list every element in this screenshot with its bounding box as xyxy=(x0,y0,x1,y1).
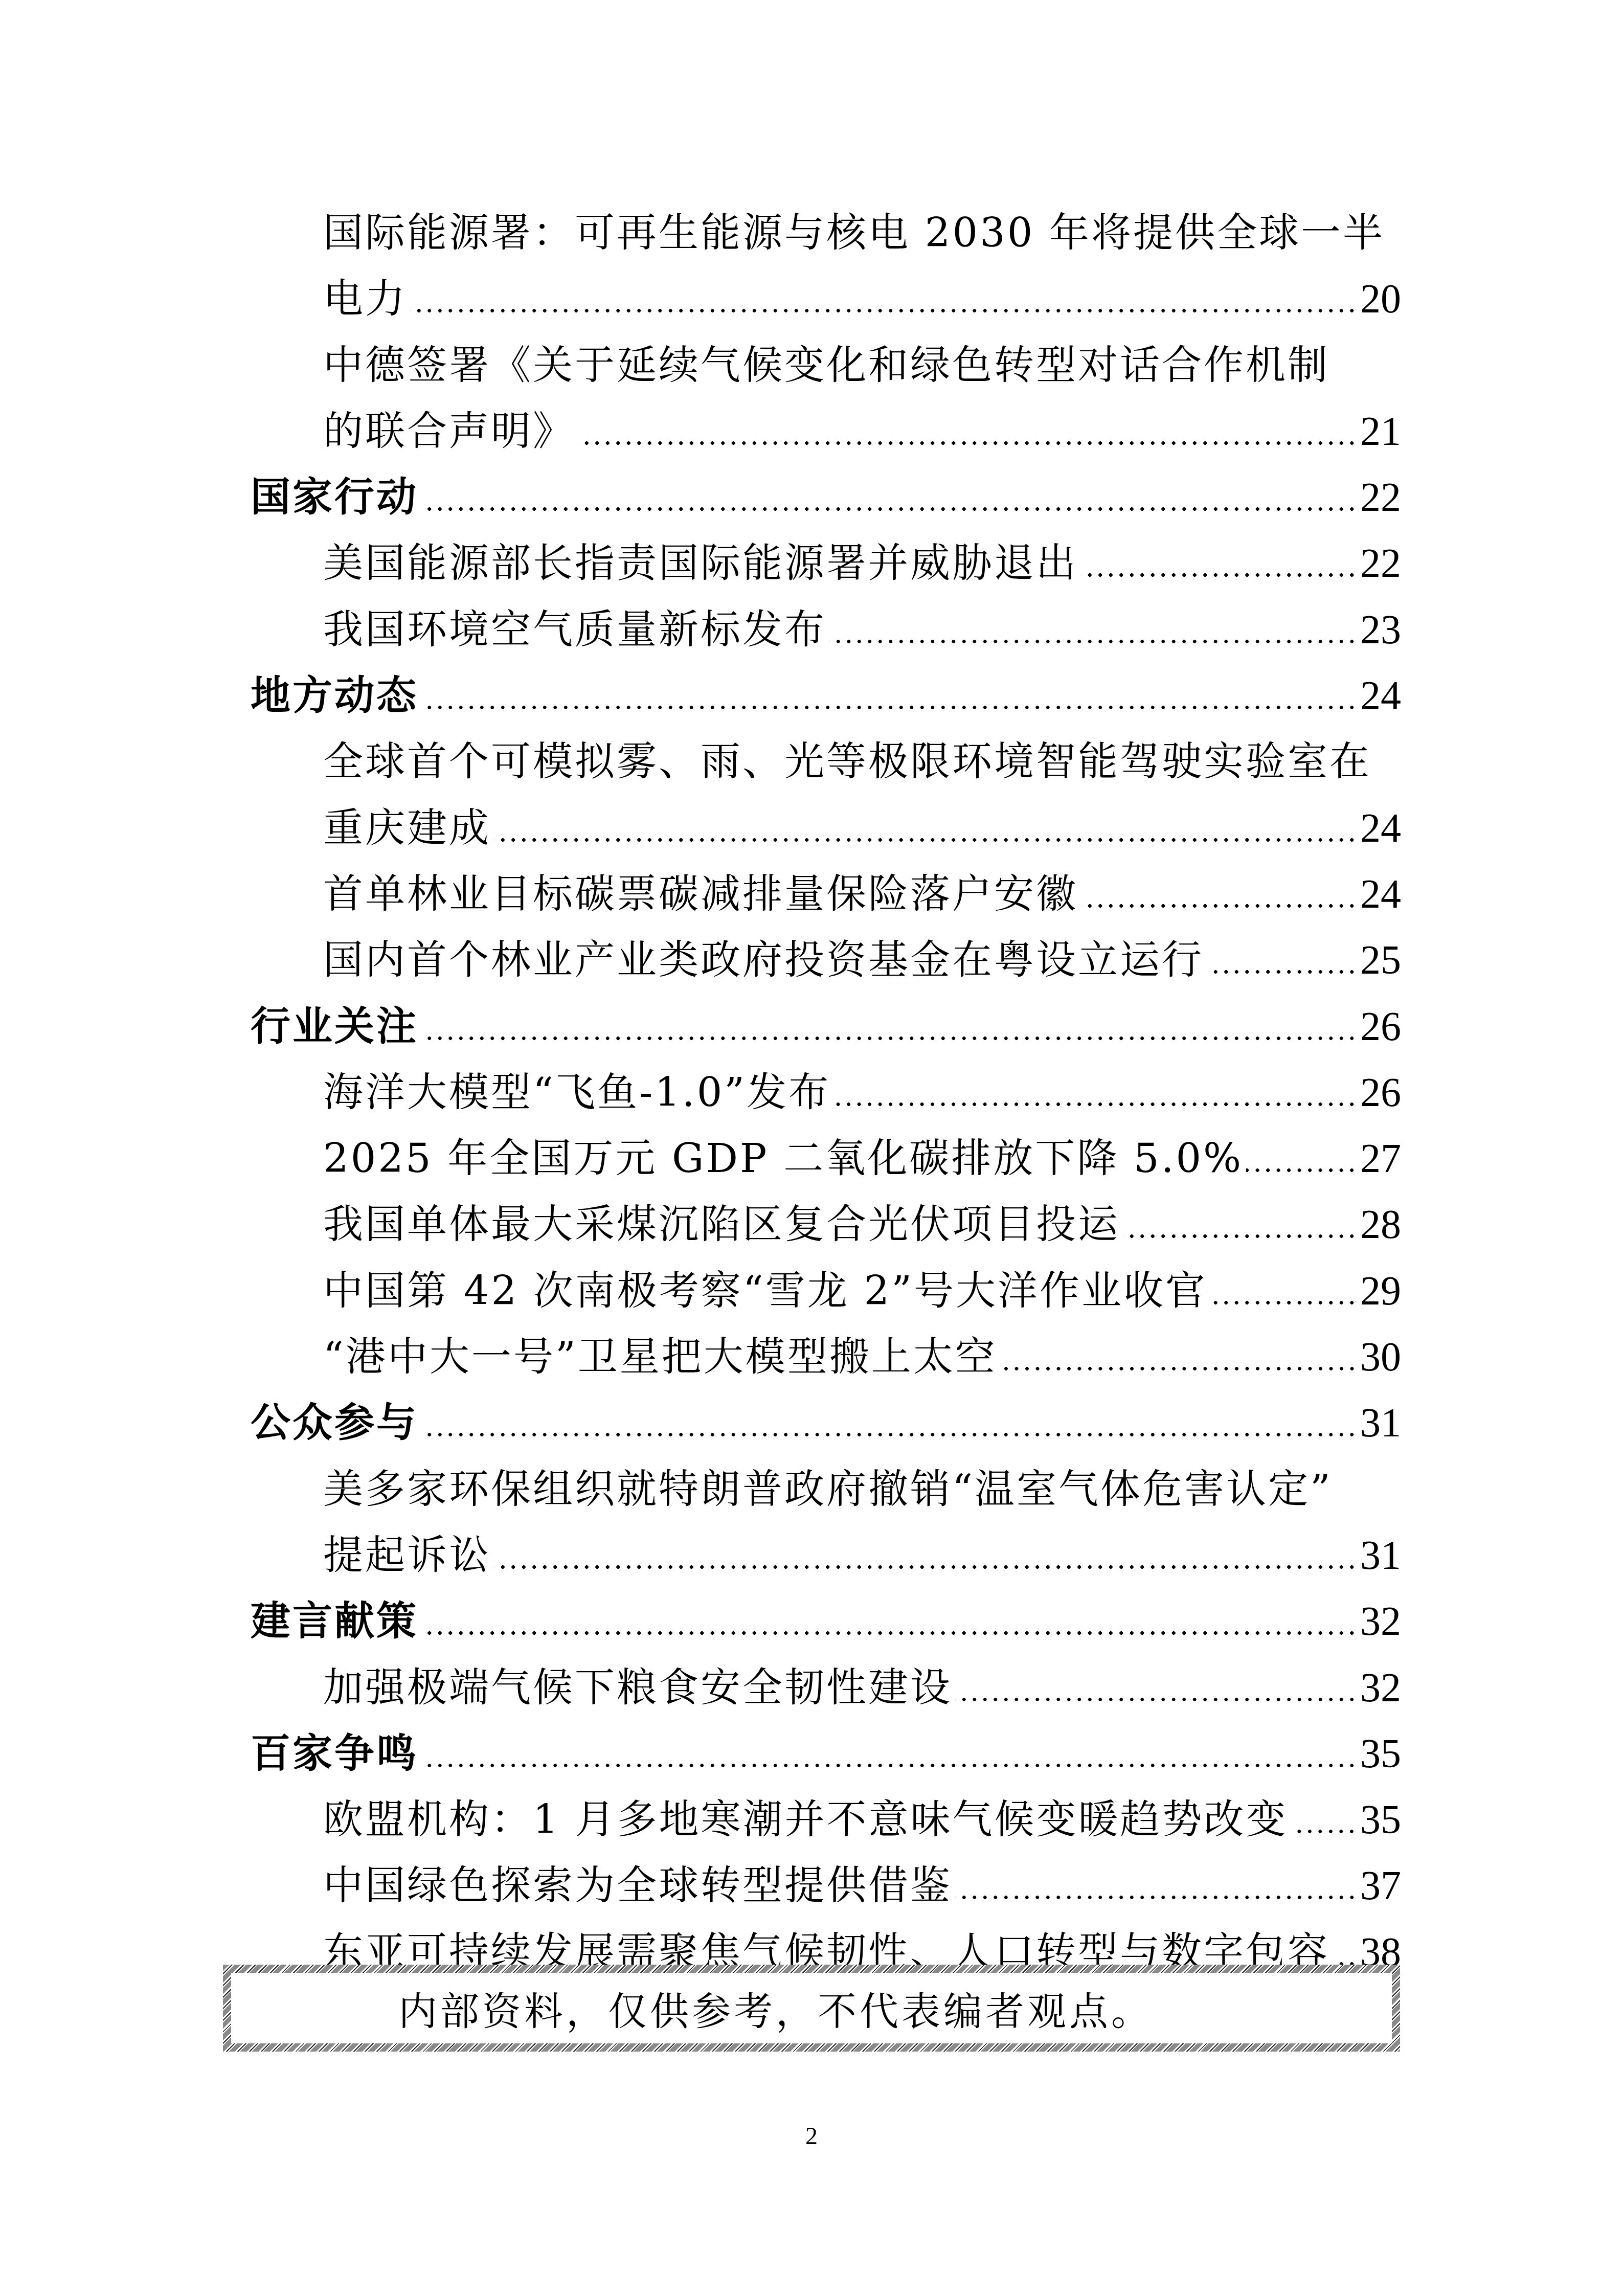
disclaimer-box: 内部资料，仅供参考，不代表编者观点。 xyxy=(223,1965,1400,2052)
toc-entry[interactable]: 美国能源部长指责国际能源署并威胁退出 22 xyxy=(251,531,1401,597)
toc-entry[interactable]: “港中大一号”卫星把大模型搬上太空 30 xyxy=(251,1324,1401,1390)
toc-section-heading[interactable]: 百家争鸣 35 xyxy=(251,1721,1401,1787)
dot-leader xyxy=(955,1696,1357,1701)
toc-entry-title: 美多家环保组织就特朗普政府撤销“温室气体危害认定” xyxy=(323,1457,1333,1523)
dot-leader xyxy=(421,1431,1357,1436)
toc-entry-title: 国内首个林业产业类政府投资基金在粤设立运行 xyxy=(323,928,1204,994)
toc-entry-title: 首单林业目标碳票碳减排量保险落户安徽 xyxy=(323,862,1078,928)
toc-section-title: 国家行动 xyxy=(251,465,418,531)
toc-page-number: 23 xyxy=(1360,597,1401,663)
toc-entry[interactable]: 欧盟机构：1 月多地寒潮并不意味气候变暖趋势改变 35 xyxy=(251,1787,1401,1853)
toc-page-number: 27 xyxy=(1360,1126,1401,1192)
dot-leader xyxy=(578,440,1357,445)
toc-entry[interactable]: 美多家环保组织就特朗普政府撤销“温室气体危害认定” xyxy=(251,1457,1401,1523)
toc-page-number: 22 xyxy=(1360,531,1401,597)
toc-entry[interactable]: 国内首个林业产业类政府投资基金在粤设立运行 25 xyxy=(251,928,1401,994)
toc-section-heading[interactable]: 公众参与 31 xyxy=(251,1390,1401,1456)
dot-leader xyxy=(1081,903,1357,908)
dot-leader xyxy=(833,1101,1357,1106)
toc-entry-title: 美国能源部长指责国际能源署并威胁退出 xyxy=(323,531,1078,597)
toc-page-number: 32 xyxy=(1360,1655,1401,1721)
toc-page-number: 28 xyxy=(1360,1192,1401,1258)
dot-leader xyxy=(410,307,1357,312)
toc-entry[interactable]: 中国绿色探索为全球转型提供借鉴 37 xyxy=(251,1853,1401,1919)
toc-page-number: 30 xyxy=(1360,1324,1401,1390)
toc-entry-title: 电力 xyxy=(323,266,407,332)
table-of-contents: 国际能源署：可再生能源与核电 2030 年将提供全球一半 电力 20 中德签署《… xyxy=(251,200,1401,1986)
dot-leader xyxy=(421,506,1357,511)
toc-entry-title: 海洋大模型“飞鱼-1.0”发布 xyxy=(323,1060,830,1126)
page-number: 2 xyxy=(0,2122,1623,2150)
toc-entry[interactable]: 全球首个可模拟雾、雨、光等极限环境智能驾驶实验室在 xyxy=(251,729,1401,795)
disclaimer-text: 内部资料，仅供参考，不代表编者观点。 xyxy=(398,1980,1153,2036)
toc-entry[interactable]: 海洋大模型“飞鱼-1.0”发布 26 xyxy=(251,1060,1401,1126)
toc-page-number: 25 xyxy=(1360,928,1401,994)
dot-leader xyxy=(421,704,1357,709)
toc-entry-title: 欧盟机构：1 月多地寒潮并不意味气候变暖趋势改变 xyxy=(323,1787,1288,1853)
toc-section-heading[interactable]: 建言献策 32 xyxy=(251,1589,1401,1655)
toc-page-number: 26 xyxy=(1360,1060,1401,1126)
dot-leader xyxy=(1291,1828,1357,1833)
toc-entry-title: 2025 年全国万元 GDP 二氧化碳排放下降 5.0% xyxy=(323,1126,1243,1192)
dot-leader xyxy=(1081,572,1357,577)
toc-entry-title: 加强极端气候下粮食安全韧性建设 xyxy=(323,1655,952,1721)
dot-leader xyxy=(494,1564,1357,1569)
dot-leader xyxy=(1246,1167,1357,1172)
toc-entry[interactable]: 中德签署《关于延续气候变化和绿色转型对话合作机制 xyxy=(251,333,1401,399)
toc-entry-title: “港中大一号”卫星把大模型搬上太空 xyxy=(323,1324,997,1390)
toc-entry-title: 我国单体最大采煤沉陷区复合光伏项目投运 xyxy=(323,1192,1120,1258)
toc-entry[interactable]: 2025 年全国万元 GDP 二氧化碳排放下降 5.0% 27 xyxy=(251,1126,1401,1192)
toc-entry-continuation[interactable]: 重庆建成 24 xyxy=(251,796,1401,862)
toc-entry[interactable]: 中国第 42 次南极考察“雪龙 2”号大洋作业收官 29 xyxy=(251,1258,1401,1324)
toc-page-number: 35 xyxy=(1360,1721,1401,1787)
toc-entry[interactable]: 国际能源署：可再生能源与核电 2030 年将提供全球一半 xyxy=(251,200,1401,266)
toc-page-number: 32 xyxy=(1360,1589,1401,1655)
toc-entry-title: 中国第 42 次南极考察“雪龙 2”号大洋作业收官 xyxy=(323,1258,1207,1324)
toc-page-number: 22 xyxy=(1360,465,1401,531)
toc-section-heading[interactable]: 国家行动 22 xyxy=(251,465,1401,531)
toc-entry[interactable]: 我国单体最大采煤沉陷区复合光伏项目投运 28 xyxy=(251,1192,1401,1258)
dot-leader xyxy=(829,638,1357,643)
toc-page-number: 24 xyxy=(1360,862,1401,928)
toc-section-title: 百家争鸣 xyxy=(251,1721,418,1787)
toc-section-title: 公众参与 xyxy=(251,1390,418,1456)
dot-leader xyxy=(494,837,1357,842)
toc-entry-continuation[interactable]: 提起诉讼 31 xyxy=(251,1523,1401,1589)
toc-section-title: 地方动态 xyxy=(251,663,418,729)
toc-section-title: 建言献策 xyxy=(251,1589,418,1655)
toc-page-number: 21 xyxy=(1360,399,1401,465)
toc-section-heading[interactable]: 行业关注 26 xyxy=(251,994,1401,1060)
toc-page-number: 29 xyxy=(1360,1258,1401,1324)
toc-entry-continuation[interactable]: 的联合声明》 21 xyxy=(251,399,1401,465)
toc-page-number: 37 xyxy=(1360,1853,1401,1919)
toc-page-number: 24 xyxy=(1360,796,1401,862)
toc-entry-title: 中国绿色探索为全球转型提供借鉴 xyxy=(323,1853,952,1919)
toc-entry-title: 的联合声明》 xyxy=(323,399,575,465)
dot-leader xyxy=(1207,969,1357,974)
toc-entry-title: 提起诉讼 xyxy=(323,1523,491,1589)
toc-page-number: 24 xyxy=(1360,663,1401,729)
toc-entry-continuation[interactable]: 电力 20 xyxy=(251,266,1401,332)
toc-page-number: 31 xyxy=(1360,1390,1401,1456)
dot-leader xyxy=(421,1762,1357,1767)
dot-leader xyxy=(1123,1233,1357,1238)
toc-entry[interactable]: 加强极端气候下粮食安全韧性建设 32 xyxy=(251,1655,1401,1721)
toc-entry-title: 全球首个可模拟雾、雨、光等极限环境智能驾驶实验室在 xyxy=(323,729,1371,795)
toc-page-number: 26 xyxy=(1360,994,1401,1060)
dot-leader xyxy=(421,1630,1357,1635)
toc-section-heading[interactable]: 地方动态 24 xyxy=(251,663,1401,729)
dot-leader xyxy=(421,1035,1357,1040)
toc-entry-title: 我国环境空气质量新标发布 xyxy=(323,597,826,663)
toc-entry[interactable]: 首单林业目标碳票碳减排量保险落户安徽 24 xyxy=(251,862,1401,928)
dot-leader xyxy=(1000,1365,1357,1370)
toc-page-number: 35 xyxy=(1360,1787,1401,1853)
toc-entry-title: 国际能源署：可再生能源与核电 2030 年将提供全球一半 xyxy=(323,200,1385,266)
toc-section-title: 行业关注 xyxy=(251,994,418,1060)
toc-entry[interactable]: 我国环境空气质量新标发布 23 xyxy=(251,597,1401,663)
toc-page-number: 20 xyxy=(1360,266,1401,332)
toc-page-number: 31 xyxy=(1360,1523,1401,1589)
dot-leader xyxy=(955,1894,1357,1899)
toc-entry-title: 重庆建成 xyxy=(323,796,491,862)
dot-leader xyxy=(1210,1299,1357,1304)
toc-entry-title: 中德签署《关于延续气候变化和绿色转型对话合作机制 xyxy=(323,333,1329,399)
